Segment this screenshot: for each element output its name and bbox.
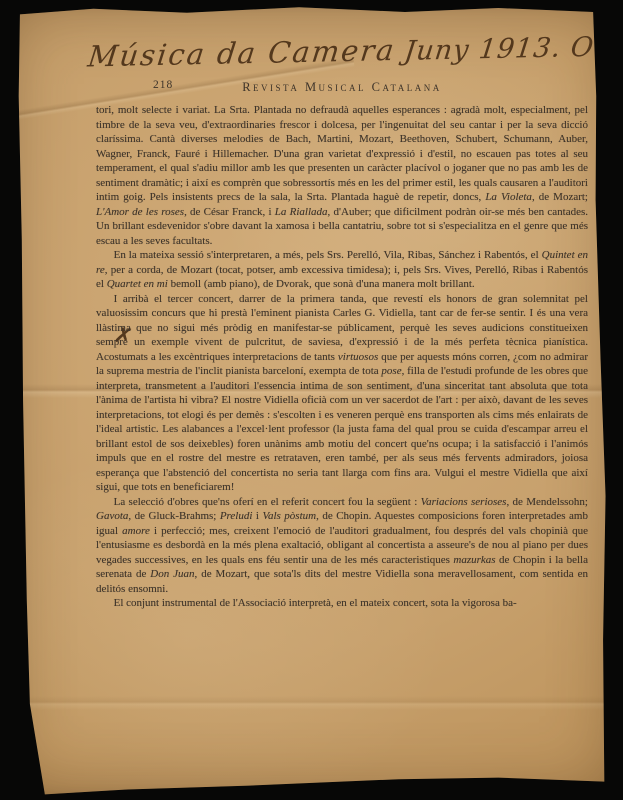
work-title-italic: Gavota <box>96 510 128 522</box>
photo-background: Música da Camera Juny 1913. Orfeó 218 Re… <box>0 0 623 800</box>
paragraph-text: bemoll (amb piano), de Dvorak, que sonà … <box>168 278 475 290</box>
work-title-italic: Vals pòstum <box>262 510 316 522</box>
work-title-italic: amore <box>122 525 150 537</box>
paragraph-text: , de Mendelssohn; <box>506 496 588 508</box>
body-paragraph: El conjunt instrumental de l'Associació … <box>96 596 588 611</box>
body-paragraph: I arribà el tercer concert, darrer de la… <box>96 292 588 495</box>
paragraph-text: El conjunt instrumental de l'Associació … <box>114 597 517 609</box>
body-paragraph: La selecció d'obres que'ns oferí en el r… <box>96 495 588 597</box>
journal-title: Revista Musical Catalana <box>96 80 588 95</box>
work-title-italic: La Violeta <box>485 191 532 203</box>
work-title-italic: Quartet en mi <box>107 278 168 290</box>
body-paragraph: tori, molt selecte i variat. La Srta. Pl… <box>96 103 588 248</box>
work-title-italic: Preludi <box>220 510 253 522</box>
paragraph-text: , de Gluck-Brahms; <box>128 510 219 522</box>
paragraph-text: , de César Franck, i <box>184 206 275 218</box>
paragraph-text: , filla de l'estudi profunde de les obre… <box>96 365 588 493</box>
handwritten-annotation-date: Juny 1913. Orfeó <box>403 31 623 67</box>
work-title-italic: La Riallada <box>275 206 328 218</box>
work-title-italic: mazurkas <box>453 554 495 566</box>
handwritten-annotation-title: Música da Camera <box>86 33 398 74</box>
work-title-italic: Variacions serioses <box>421 496 507 508</box>
paper-crease-bottom <box>0 696 623 710</box>
body-paragraph: En la mateixa sessió s'interpretaren, a … <box>96 248 588 292</box>
paragraph-text: , de Mozart; <box>532 191 588 203</box>
paragraph-text: i <box>252 510 262 522</box>
work-title-italic: virtuosos <box>338 351 378 363</box>
work-title-italic: L'Amor de les roses <box>96 206 184 218</box>
paragraph-text: tori, molt selecte i variat. La Srta. Pl… <box>96 104 588 203</box>
paragraph-text: La selecció d'obres que'ns oferí en el r… <box>114 496 421 508</box>
handwritten-annotation: Música da Camera Juny 1913. Orfeó <box>86 29 610 74</box>
work-title-italic: pose <box>381 365 401 377</box>
paragraph-text: En la mateixa sessió s'interpretaren, a … <box>114 249 542 261</box>
work-title-italic: Don Juan <box>150 568 194 580</box>
article-body: tori, molt selecte i variat. La Srta. Pl… <box>96 103 588 611</box>
scanned-page: Música da Camera Juny 1913. Orfeó 218 Re… <box>0 0 623 800</box>
